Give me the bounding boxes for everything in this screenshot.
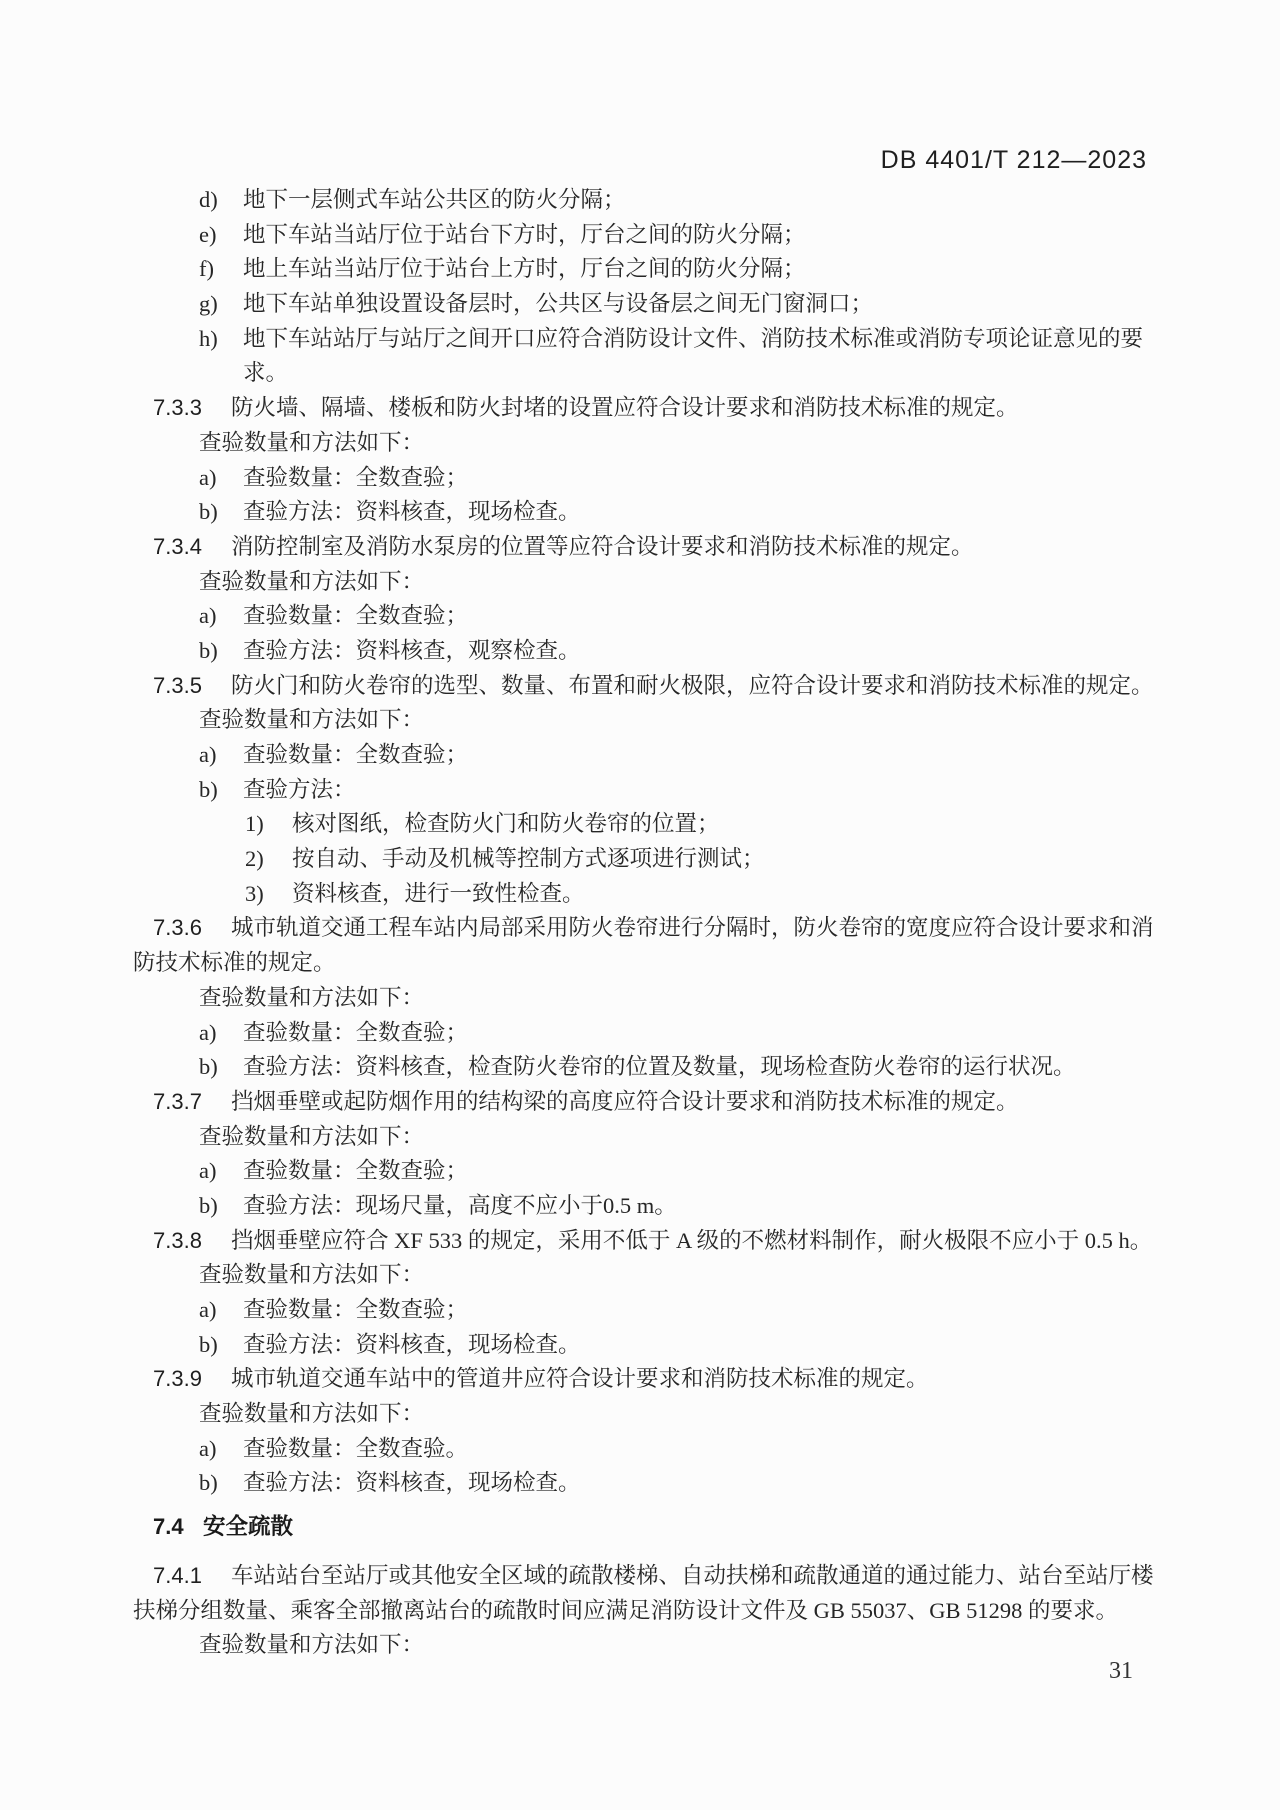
list-marker: b) (199, 634, 243, 669)
document-page: DB 4401/T 212—2023 d)地下一层侧式车站公共区的防火分隔；e)… (0, 0, 1280, 1810)
line-text: 安全疏散 (203, 1514, 293, 1539)
line-text: 查验数量和方法如下： (199, 1632, 424, 1657)
line-text: 查验数量和方法如下： (199, 1401, 424, 1426)
list-item-line: d)地下一层侧式车站公共区的防火分隔； (0, 183, 1280, 218)
clause-line: 7.3.4消防控制室及消防水泵房的位置等应符合设计要求和消防技术标准的规定。 (0, 530, 1280, 565)
list-marker: b) (199, 1328, 243, 1363)
list-marker: g) (199, 287, 243, 322)
clause-line: 7.3.7挡烟垂壁或起防烟作用的结构梁的高度应符合设计要求和消防技术标准的规定。 (0, 1085, 1280, 1120)
continuation-line: 求。 (0, 356, 1280, 391)
line-text: 查验数量：全数查验； (243, 1297, 468, 1322)
line-text: 地下车站单独设置设备层时，公共区与设备层之间无门窗洞口； (243, 291, 873, 316)
body-line: 查验数量和方法如下： (0, 426, 1280, 461)
line-text: 挡烟垂壁或起防烟作用的结构梁的高度应符合设计要求和消防技术标准的规定。 (231, 1089, 1019, 1114)
line-text: 防火门和防火卷帘的选型、数量、布置和耐火极限，应符合设计要求和消防技术标准的规定… (231, 673, 1154, 698)
list-marker: b) (199, 1466, 243, 1501)
body-line: 查验数量和方法如下： (0, 981, 1280, 1016)
list-marker: a) (199, 1432, 243, 1467)
list-item-line: b)查验方法：资料核查，观察检查。 (0, 634, 1280, 669)
body-line: 查验数量和方法如下： (0, 1628, 1280, 1663)
clause-line: 7.3.3防火墙、隔墙、楼板和防火封堵的设置应符合设计要求和消防技术标准的规定。 (0, 391, 1280, 426)
line-text: 地下一层侧式车站公共区的防火分隔； (243, 187, 626, 212)
list-item-line: f)地上车站当站厅位于站台上方时，厅台之间的防火分隔； (0, 252, 1280, 287)
line-text: 防火墙、隔墙、楼板和防火封堵的设置应符合设计要求和消防技术标准的规定。 (231, 395, 1019, 420)
clause-number: 7.3.9 (153, 1362, 231, 1397)
list-marker: b) (199, 1189, 243, 1224)
line-text: 查验方法：资料核查，现场检查。 (243, 1332, 581, 1357)
list-marker: 1) (245, 807, 292, 842)
line-text: 防技术标准的规定。 (133, 950, 336, 975)
line-text: 查验方法：资料核查，观察检查。 (243, 638, 581, 663)
clause-line: 7.3.5防火门和防火卷帘的选型、数量、布置和耐火极限，应符合设计要求和消防技术… (0, 669, 1280, 704)
list-marker: b) (199, 495, 243, 530)
body-line: 查验数量和方法如下： (0, 1120, 1280, 1155)
line-text: 核对图纸，检查防火门和防火卷帘的位置； (292, 811, 720, 836)
line-text: 查验数量和方法如下： (199, 569, 424, 594)
page-number: 31 (1109, 1658, 1133, 1685)
line-text: 查验方法：现场尺量，高度不应小于0.5 m。 (243, 1193, 677, 1218)
line-text: 消防控制室及消防水泵房的位置等应符合设计要求和消防技术标准的规定。 (231, 534, 974, 559)
line-text: 城市轨道交通车站中的管道井应符合设计要求和消防技术标准的规定。 (231, 1366, 929, 1391)
list-marker: 3) (245, 877, 292, 912)
continuation-line: 扶梯分组数量、乘客全部撤离站台的疏散时间应满足消防设计文件及 GB 55037、… (0, 1594, 1280, 1629)
list-item-line: 1)核对图纸，检查防火门和防火卷帘的位置； (0, 807, 1280, 842)
line-text: 查验数量：全数查验； (243, 1020, 468, 1045)
list-marker: b) (199, 1050, 243, 1085)
list-marker: a) (199, 461, 243, 496)
list-item-line: a)查验数量：全数查验； (0, 1293, 1280, 1328)
list-item-line: b)查验方法：现场尺量，高度不应小于0.5 m。 (0, 1189, 1280, 1224)
clause-line: 7.3.6城市轨道交通工程车站内局部采用防火卷帘进行分隔时，防火卷帘的宽度应符合… (0, 911, 1280, 946)
line-text: 求。 (243, 360, 288, 385)
clause-line: 7.4.1车站站台至站厅或其他安全区域的疏散楼梯、自动扶梯和疏散通道的通过能力、… (0, 1559, 1280, 1594)
list-marker: a) (199, 599, 243, 634)
line-text: 查验数量：全数查验。 (243, 1436, 468, 1461)
list-marker: a) (199, 738, 243, 773)
list-marker: h) (199, 322, 243, 357)
document-body: d)地下一层侧式车站公共区的防火分隔；e)地下车站当站厅位于站台下方时，厅台之间… (0, 183, 1280, 1663)
list-item-line: b)查验方法： (0, 773, 1280, 808)
line-text: 查验数量：全数查验； (243, 603, 468, 628)
list-item-line: a)查验数量：全数查验； (0, 738, 1280, 773)
list-item-line: b)查验方法：资料核查，检查防火卷帘的位置及数量，现场检查防火卷帘的运行状况。 (0, 1050, 1280, 1085)
body-line: 查验数量和方法如下： (0, 703, 1280, 738)
clause-number: 7.3.5 (153, 669, 231, 704)
list-item-line: g)地下车站单独设置设备层时，公共区与设备层之间无门窗洞口； (0, 287, 1280, 322)
list-marker: f) (199, 252, 243, 287)
line-text: 查验数量：全数查验； (243, 465, 468, 490)
clause-number: 7.4.1 (153, 1559, 231, 1594)
line-text: 查验数量：全数查验； (243, 1158, 468, 1183)
line-text: 查验方法：资料核查，检查防火卷帘的位置及数量，现场检查防火卷帘的运行状况。 (243, 1054, 1076, 1079)
list-marker: e) (199, 218, 243, 253)
line-text: 资料核查，进行一致性检查。 (292, 881, 585, 906)
clause-line: 7.3.9城市轨道交通车站中的管道井应符合设计要求和消防技术标准的规定。 (0, 1362, 1280, 1397)
line-text: 查验数量和方法如下： (199, 430, 424, 455)
line-text: 地下车站站厅与站厅之间开口应符合消防设计文件、消防技术标准或消防专项论证意见的要 (243, 326, 1143, 351)
list-marker: b) (199, 773, 243, 808)
list-item-line: 2)按自动、手动及机械等控制方式逐项进行测试； (0, 842, 1280, 877)
line-text: 按自动、手动及机械等控制方式逐项进行测试； (292, 846, 765, 871)
clause-number: 7.3.8 (153, 1224, 231, 1259)
line-text: 地下车站当站厅位于站台下方时，厅台之间的防火分隔； (243, 222, 806, 247)
list-item-line: a)查验数量：全数查验； (0, 1154, 1280, 1189)
list-marker: a) (199, 1293, 243, 1328)
body-line: 查验数量和方法如下： (0, 565, 1280, 600)
list-marker: a) (199, 1016, 243, 1051)
line-text: 扶梯分组数量、乘客全部撤离站台的疏散时间应满足消防设计文件及 GB 55037、… (133, 1598, 1118, 1623)
clause-number: 7.4 (153, 1510, 203, 1545)
clause-number: 7.3.3 (153, 391, 231, 426)
line-text: 查验数量和方法如下： (199, 1262, 424, 1287)
list-item-line: a)查验数量：全数查验； (0, 599, 1280, 634)
list-item-line: b)查验方法：资料核查，现场检查。 (0, 1466, 1280, 1501)
section-heading: 7.4安全疏散 (0, 1510, 1280, 1545)
line-text: 城市轨道交通工程车站内局部采用防火卷帘进行分隔时，防火卷帘的宽度应符合设计要求和… (231, 915, 1154, 940)
line-text: 查验数量和方法如下： (199, 707, 424, 732)
list-item-line: 3)资料核查，进行一致性检查。 (0, 877, 1280, 912)
line-text: 挡烟垂壁应符合 XF 533 的规定，采用不低于 A 级的不燃材料制作，耐火极限… (231, 1228, 1152, 1253)
body-line: 查验数量和方法如下： (0, 1258, 1280, 1293)
line-text: 查验方法： (243, 777, 356, 802)
continuation-line: 防技术标准的规定。 (0, 946, 1280, 981)
list-marker: a) (199, 1154, 243, 1189)
line-text: 车站站台至站厅或其他安全区域的疏散楼梯、自动扶梯和疏散通道的通过能力、站台至站厅… (231, 1563, 1154, 1588)
standard-code-header: DB 4401/T 212—2023 (881, 146, 1147, 175)
line-text: 查验数量和方法如下： (199, 1124, 424, 1149)
line-text: 查验数量和方法如下： (199, 985, 424, 1010)
list-item-line: a)查验数量：全数查验； (0, 461, 1280, 496)
clause-number: 7.3.7 (153, 1085, 231, 1120)
clause-number: 7.3.4 (153, 530, 231, 565)
body-line: 查验数量和方法如下： (0, 1397, 1280, 1432)
line-text: 查验数量：全数查验； (243, 742, 468, 767)
list-marker: 2) (245, 842, 292, 877)
list-item-line: e)地下车站当站厅位于站台下方时，厅台之间的防火分隔； (0, 218, 1280, 253)
clause-number: 7.3.6 (153, 911, 231, 946)
list-item-line: b)查验方法：资料核查，现场检查。 (0, 495, 1280, 530)
line-text: 查验方法：资料核查，现场检查。 (243, 499, 581, 524)
list-item-line: a)查验数量：全数查验； (0, 1016, 1280, 1051)
line-text: 查验方法：资料核查，现场检查。 (243, 1470, 581, 1495)
list-item-line: h)地下车站站厅与站厅之间开口应符合消防设计文件、消防技术标准或消防专项论证意见… (0, 322, 1280, 357)
list-marker: d) (199, 183, 243, 218)
clause-line: 7.3.8挡烟垂壁应符合 XF 533 的规定，采用不低于 A 级的不燃材料制作… (0, 1224, 1280, 1259)
list-item-line: b)查验方法：资料核查，现场检查。 (0, 1328, 1280, 1363)
list-item-line: a)查验数量：全数查验。 (0, 1432, 1280, 1467)
line-text: 地上车站当站厅位于站台上方时，厅台之间的防火分隔； (243, 256, 806, 281)
